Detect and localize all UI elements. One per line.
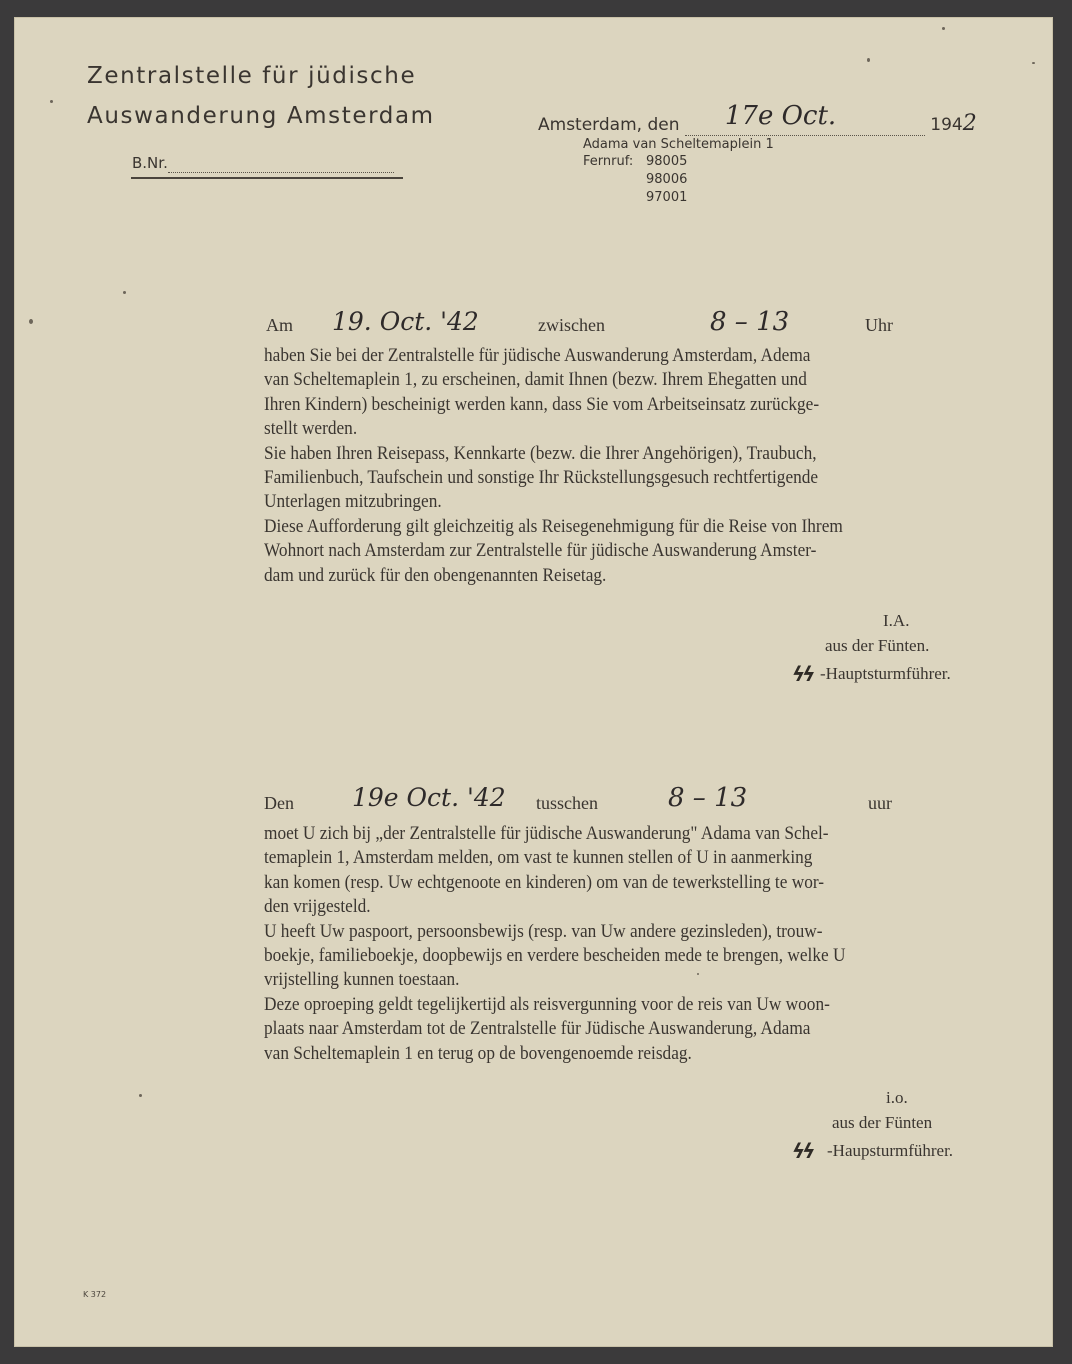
paper-speck [29,319,33,324]
german-body-line: Sie haben Ihren Reisepass, Kennkarte (be… [264,442,987,466]
german-signature-ia: I.A. [883,611,909,631]
paper-speck [50,100,53,103]
german-handwritten-time: 8 – 13 [710,307,789,337]
german-signature-rank: -Hauptsturmführer. [820,664,951,684]
dutch-body-line: temaplein 1, Amsterdam melden, om vast t… [264,846,987,870]
paper-speck [942,27,945,30]
dutch-body-line: boekje, familieboekje, doopbewijs en ver… [264,944,987,968]
paper-speck [1032,62,1035,64]
org-name-line2: Auswanderung Amsterdam [87,103,435,129]
dutch-body: moet U zich bij „der Zentralstelle für j… [264,822,987,1066]
dutch-body-line: Deze oproeping geldt tegelijkertijd als … [264,993,987,1017]
ss-rune-icon: ϟϟ [792,662,812,686]
german-body-line: haben Sie bei der Zentralstelle für jüdi… [264,344,987,368]
dutch-body-line: van Scheltemaplein 1 en terug op de bove… [264,1042,987,1066]
document-page: Zentralstelle für jüdische Auswanderung … [14,17,1053,1347]
dutch-signature-name: aus der Fünten [832,1113,932,1133]
german-body-line: Unterlagen mitzubringen. [264,490,987,514]
dutch-lead-word: Den [264,793,294,814]
german-body-line: stellt werden. [264,417,987,441]
dutch-signature-io: i.o. [886,1088,908,1108]
form-code: K 372 [83,1290,106,1299]
german-body-line: Ihren Kindern) bescheinigt werden kann, … [264,393,987,417]
german-between-word: zwischen [538,315,605,336]
german-body: haben Sie bei der Zentralstelle für jüdi… [264,344,987,588]
handwritten-year-digit: 2 [963,111,977,136]
handwritten-letter-date: 17e Oct. [725,101,836,131]
dutch-body-line: vrijstelling kunnen toestaan. [264,968,987,992]
german-body-line: Wohnort nach Amsterdam zur Zentralstelle… [264,539,987,563]
german-body-line: Diese Aufforderung gilt gleichzeitig als… [264,515,987,539]
reference-underline [131,177,403,179]
paper-speck [697,973,699,975]
date-dotted-line: 17e Oct. [685,115,925,136]
ss-rune-icon: ϟϟ [792,1139,812,1163]
dutch-body-line: moet U zich bij „der Zentralstelle für j… [264,822,987,846]
german-lead-word: Am [266,315,293,336]
reference-number-dotted-line [168,154,394,173]
reference-number-label: B.Nr. [132,154,168,172]
office-address: Adama van Scheltemaplein 1 [583,136,774,154]
dutch-unit-word: uur [868,793,892,814]
german-body-line: Familienbuch, Taufschein und sonstige Ih… [264,466,987,490]
place-prefix: Amsterdam, den [538,115,679,135]
dutch-between-word: tusschen [536,793,598,814]
dutch-signature-rank: -Haupsturmführer. [827,1141,953,1161]
german-body-line: van Scheltemaplein 1, zu erscheinen, dam… [264,368,987,392]
phone-number-1: 98005 [646,153,687,171]
phone-label: Fernruf: [583,153,633,171]
date-line: Amsterdam, den 17e Oct. 1942 [538,111,977,136]
reference-number-field: B.Nr. [132,154,394,173]
year-prefix: 194 [930,115,962,135]
org-name-line1: Zentralstelle für jüdische [87,63,416,89]
german-body-line: dam und zurück für den obengenannten Rei… [264,564,987,588]
paper-speck [139,1094,142,1097]
dutch-body-line: U heeft Uw paspoort, persoonsbewijs (res… [264,920,987,944]
dutch-body-line: den vrijgesteld. [264,895,987,919]
paper-speck [867,58,870,62]
dutch-handwritten-time: 8 – 13 [668,783,747,813]
german-handwritten-date: 19. Oct. '42 [332,307,479,336]
dutch-handwritten-date: 19e Oct. '42 [352,783,506,812]
dutch-body-line: kan komen (resp. Uw echtgenoote en kinde… [264,871,987,895]
dutch-body-line: plaats naar Amsterdam tot de Zentralstel… [264,1017,987,1041]
phone-number-2: 98006 [646,171,687,189]
german-signature-name: aus der Fünten. [825,636,929,656]
german-unit-word: Uhr [865,315,893,336]
paper-speck [123,291,126,294]
phone-number-3: 97001 [646,189,687,207]
